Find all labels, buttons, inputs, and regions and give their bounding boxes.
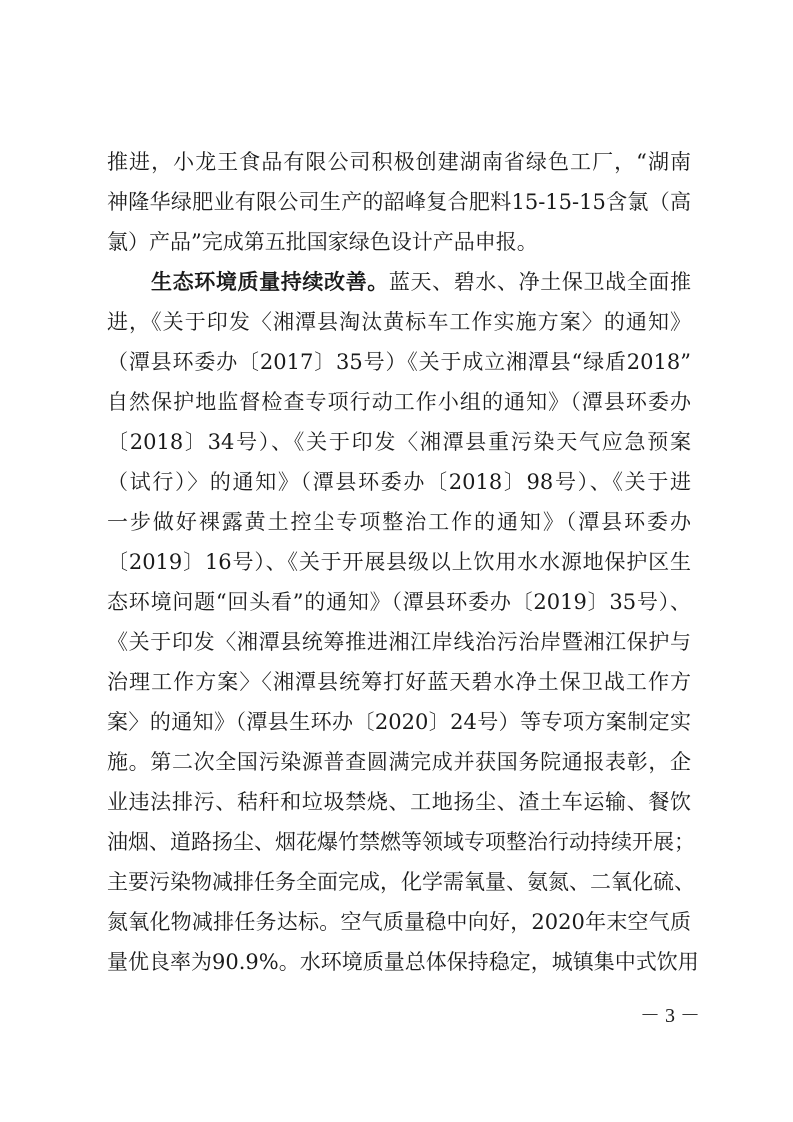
paragraph-line: 自然保护地监督检查专项行动工作小组的通知》（潭县环委办: [107, 382, 691, 422]
paragraph-line: 态环境问题“回头看”的通知》（潭县环委办〔2019〕35号）、: [107, 582, 691, 622]
paragraph-text: 蓝天、碧水、净土保卫战全面推: [389, 270, 691, 294]
paragraph-line: 治理工作方案〉〈湘潭县统筹打好蓝天碧水净土保卫战工作方: [107, 662, 691, 702]
paragraph-line: 主要污染物减排任务全面完成，化学需氧量、氨氮、二氧化硫、: [107, 862, 691, 902]
paragraph-line: （试行）〉的通知》（潭县环委办〔2018〕98号）、《关于进: [107, 462, 691, 502]
paragraph-line: 油烟、道路扬尘、烟花爆竹禁燃等领域专项整治行动持续开展；: [107, 822, 691, 862]
paragraph-line: 施。第二次全国污染源普查圆满完成并获国务院通报表彰，企: [107, 742, 691, 782]
paragraph-line: 推进，小龙王食品有限公司积极创建湖南省绿色工厂，“湖南: [107, 142, 691, 182]
paragraph-line: 进，《关于印发〈湘潭县淘汰黄标车工作实施方案〉的通知》: [107, 302, 691, 342]
paragraph-line: 业违法排污、秸秆和垃圾禁烧、工地扬尘、渣土车运输、餐饮: [107, 782, 691, 822]
paragraph-line: 氮氧化物减排任务达标。空气质量稳中向好，2020年末空气质: [107, 902, 691, 942]
paragraph-line: 〔2018〕34号）、《关于印发〈湘潭县重污染天气应急预案: [107, 422, 691, 462]
section-heading: 生态环境质量持续改善。: [151, 270, 389, 294]
paragraph-line: 神隆华绿肥业有限公司生产的韶峰复合肥料15-15-15含氯（高: [107, 182, 691, 222]
paragraph-line: 《关于印发〈湘潭县统筹推进湘江岸线治污治岸暨湘江保护与: [107, 622, 691, 662]
paragraph-first-line: 生态环境质量持续改善。蓝天、碧水、净土保卫战全面推: [151, 262, 691, 302]
paragraph-line: 量优良率为90.9%。水环境质量总体保持稳定，城镇集中式饮用: [107, 942, 691, 982]
paragraph-line: 氯）产品”完成第五批国家绿色设计产品申报。: [107, 222, 691, 262]
paragraph-line: 案〉的通知》（潭县生环办〔2020〕24号）等专项方案制定实: [107, 702, 691, 742]
document-page: 推进，小龙王食品有限公司积极创建湖南省绿色工厂，“湖南 神隆华绿肥业有限公司生产…: [0, 0, 793, 1122]
paragraph-line: 一步做好裸露黄土控尘专项整治工作的通知》（潭县环委办: [107, 502, 691, 542]
page-number: － 3 －: [640, 1004, 700, 1028]
paragraph-line: （潭县环委办〔2017〕35号）《关于成立湘潭县“绿盾2018”: [107, 342, 691, 382]
paragraph-line: 〔2019〕16号）、《关于开展县级以上饮用水水源地保护区生: [107, 542, 691, 582]
